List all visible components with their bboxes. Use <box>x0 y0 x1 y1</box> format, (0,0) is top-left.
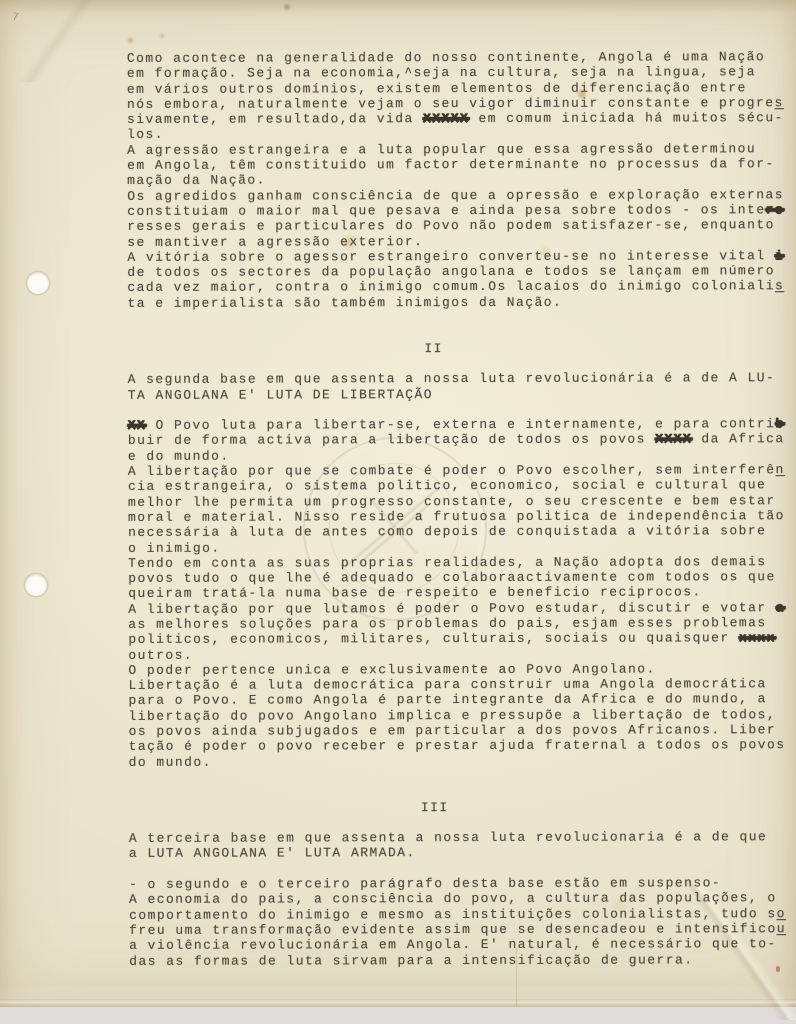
text-line: em Angola, têm constituido um factor det… <box>127 156 796 173</box>
text-line: o inimigo. <box>128 539 796 556</box>
text-line: do mundo. <box>129 753 796 770</box>
text-line: A libertação por que lutamos é poder o P… <box>128 600 796 617</box>
text-line: queiram tratá-la numa base de respeito e… <box>128 585 796 602</box>
text-line: A libertação por que se combate é poder … <box>128 462 796 479</box>
text-line: II <box>128 340 740 357</box>
underlined-char: s <box>775 279 784 294</box>
text-line: cada vez maior, contra o inimigo comum.O… <box>127 279 796 296</box>
text-line: comportamento do inimigo e mesmo as inst… <box>129 906 796 923</box>
struck-overtype: a <box>776 600 785 615</box>
text-line: Os agredidos ganham consciência de que a… <box>127 187 796 204</box>
text-line: A agressão estrangeira e a luta popular … <box>127 141 796 158</box>
text-line: politicos, economicos, militares, cultur… <box>128 630 796 647</box>
text-line: das as formas de luta sirvam para a inte… <box>129 952 796 969</box>
text-line: Tendo em conta as suas proprias realidad… <box>128 554 796 571</box>
paper-crease <box>0 999 796 1003</box>
paragraph: A agressão estrangeira e a luta popular … <box>127 141 796 189</box>
struck-overtype: re <box>766 202 785 217</box>
text-line: se mantiver a agressão exterior. <box>127 233 796 250</box>
text-line: povos tudo o que lhe é adequado e colabo… <box>128 569 796 586</box>
text-line: outros. <box>128 646 796 663</box>
paragraph: A terceira base em que assenta a nossa l… <box>129 829 796 861</box>
text-line: em vários outros domínios, existem eleme… <box>127 80 796 97</box>
section-heading: II <box>128 340 796 357</box>
text-line: A segunda base em que assenta a nossa lu… <box>128 370 796 387</box>
paper-stain <box>284 4 290 10</box>
section-heading: III <box>129 799 796 816</box>
text-line: e do mundo. <box>128 447 796 464</box>
paragraph: A libertação por que se combate é poder … <box>128 462 796 556</box>
text-line: de todos os sectores da população angola… <box>127 263 796 280</box>
paragraph: Como acontece na generalidade do nosso c… <box>127 49 796 143</box>
paragraph: Os agredidos ganham consciência de que a… <box>127 187 796 250</box>
text-line: os povos ainda subjugados e em particula… <box>129 722 796 739</box>
underlined-char: o <box>777 906 786 921</box>
text-line: Libertação é a luta democrática para con… <box>128 676 796 693</box>
typewritten-text-block: Como acontece na generalidade do nosso c… <box>127 49 796 969</box>
text-line: cia estrangeira, o sistema politico, eco… <box>128 477 796 494</box>
paragraph: - o segundo e o terceiro parágrafo desta… <box>129 875 796 969</box>
text-line: moral e material. Nisso reside a frutuos… <box>128 508 796 525</box>
text-line: A economia do pais, a consciência do pov… <box>129 890 796 907</box>
text-line: sivamente, em resultado,da vida XXXXX em… <box>127 110 796 127</box>
struck-overtype: b <box>775 416 784 431</box>
struck-overtype: XX <box>128 418 147 433</box>
text-line: melhor lhe permita um progresso constant… <box>128 493 796 510</box>
text-line: para o Povo. E como Angola é parte integ… <box>128 692 796 709</box>
text-line: ta e imperialista são também inimigos da… <box>127 294 796 311</box>
text-line: as melhores soluções para os problemas d… <box>128 615 796 632</box>
text-line: A terceira base em que assenta a nossa l… <box>129 829 796 846</box>
paragraph: A segunda base em que assenta a nossa lu… <box>128 370 796 402</box>
underlined-char: u <box>777 921 786 936</box>
text-line: em formação. Seja na economia,^seja na c… <box>127 64 796 81</box>
paragraph: XX O Povo luta para libertar-se, externa… <box>128 416 796 464</box>
struck-overtype: xxxx <box>739 630 776 645</box>
document-page: 7 Como acontece na generalidade do nosso… <box>0 0 796 1007</box>
text-line: XX O Povo luta para libertar-se, externa… <box>128 416 796 433</box>
text-line: A vitória sobre o agessor estrangeiro co… <box>127 248 796 265</box>
struck-overtype: XXXX <box>655 432 692 447</box>
underlined-char: n <box>775 462 784 477</box>
text-line: freu uma transformação evidente assim qu… <box>129 921 796 938</box>
paragraph: Libertação é a luta democrática para con… <box>128 676 796 770</box>
text-line: necessária à luta de antes como depois d… <box>128 523 796 540</box>
paper-stain <box>160 34 164 38</box>
text-line: resses gerais e particulares do Povo não… <box>127 217 796 234</box>
struck-overtype: i <box>775 248 784 263</box>
text-line: Como acontece na generalidade do nosso c… <box>127 49 796 66</box>
text-line: III <box>129 799 741 816</box>
text-line: constituiam o maior mal que pesava e ain… <box>127 202 796 219</box>
struck-overtype: XXXXX <box>423 111 469 126</box>
paragraph: Tendo em conta as suas proprias realidad… <box>128 554 796 602</box>
hole-punch <box>25 574 47 596</box>
text-line: a LUTA ANGOLANA E' LUTA ARMADA. <box>129 845 796 862</box>
hole-punch <box>27 272 49 294</box>
text-line: nós embora, naturalmente vejam o seu vig… <box>127 95 796 112</box>
text-line: O poder pertence unica e exclusivamente … <box>128 661 796 678</box>
paragraph: A vitória sobre o agessor estrangeiro co… <box>127 248 796 311</box>
text-line: libertação do povo Angolano implica e pr… <box>129 707 796 724</box>
text-line: los. <box>127 126 796 143</box>
underlined-char: s <box>775 95 784 110</box>
text-line: mação da Nação. <box>127 171 796 188</box>
text-line: TA ANGOLANA E' LUTA DE LIBERTAÇÃO <box>128 386 796 403</box>
text-line: a violência revolucionária em Angola. E'… <box>129 936 796 953</box>
paragraph: O poder pertence unica e exclusivamente … <box>128 661 796 678</box>
text-line: tação é poder o povo receber e prestar a… <box>129 737 796 754</box>
paragraph: A libertação por que lutamos é poder o P… <box>128 600 796 663</box>
text-line: - o segundo e o terceiro parágrafo desta… <box>129 875 796 892</box>
text-line: buir de forma activa para a libertação d… <box>128 432 796 449</box>
